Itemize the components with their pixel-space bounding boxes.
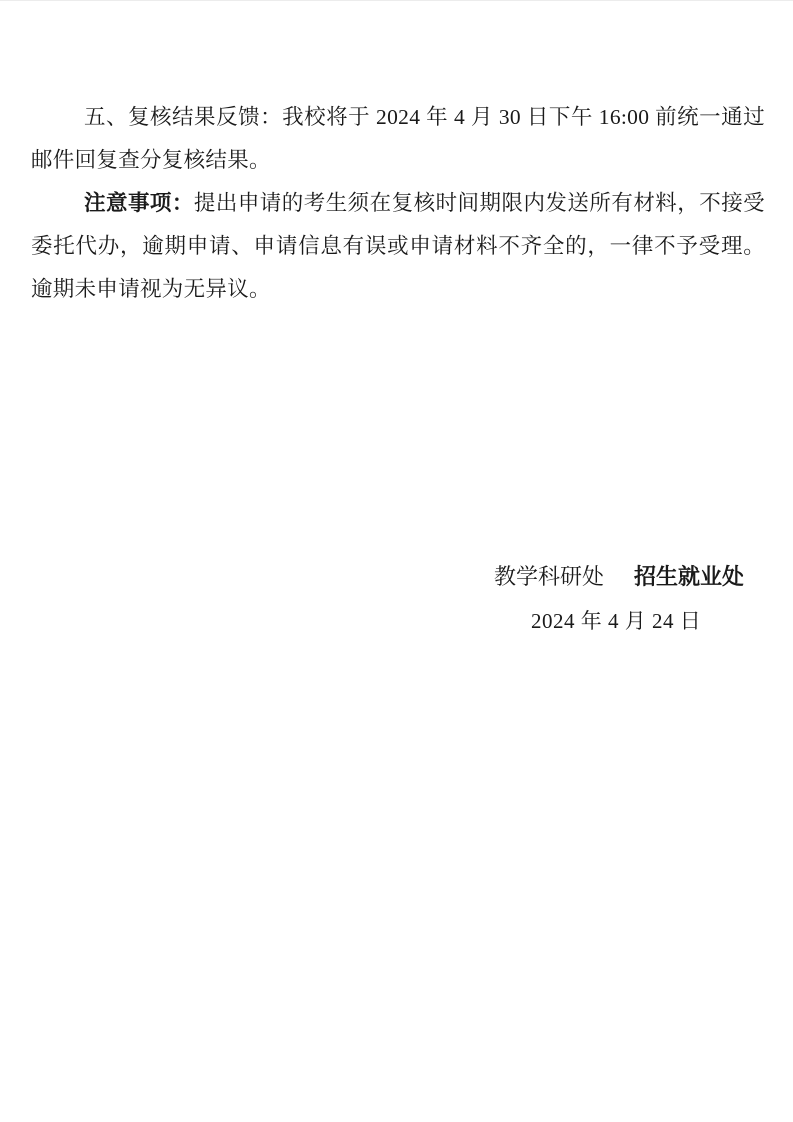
- signature-date: 2024 年 4 月 24 日: [531, 600, 701, 643]
- department-primary: 教学科研处: [494, 564, 604, 589]
- notes-lead-in-bold: 注意事项：: [84, 191, 194, 215]
- department-secondary: 招生就业处: [634, 564, 744, 589]
- paragraph-notes: 注意事项：提出申请的考生须在复核时间期限内发送所有材料，不接受委托代办，逾期申请…: [31, 182, 765, 311]
- document-page: 五、复核结果反馈：我校将于 2024 年 4 月 30 日下午 16:00 前统…: [0, 0, 793, 1122]
- paragraph-review-result-feedback: 五、复核结果反馈：我校将于 2024 年 4 月 30 日下午 16:00 前统…: [31, 96, 765, 182]
- document-body: 五、复核结果反馈：我校将于 2024 年 4 月 30 日下午 16:00 前统…: [31, 96, 765, 311]
- paragraph-text: 五、复核结果反馈：我校将于 2024 年 4 月 30 日下午 16:00 前统…: [31, 105, 765, 172]
- signature-line: 教学科研处招生就业处: [494, 555, 744, 598]
